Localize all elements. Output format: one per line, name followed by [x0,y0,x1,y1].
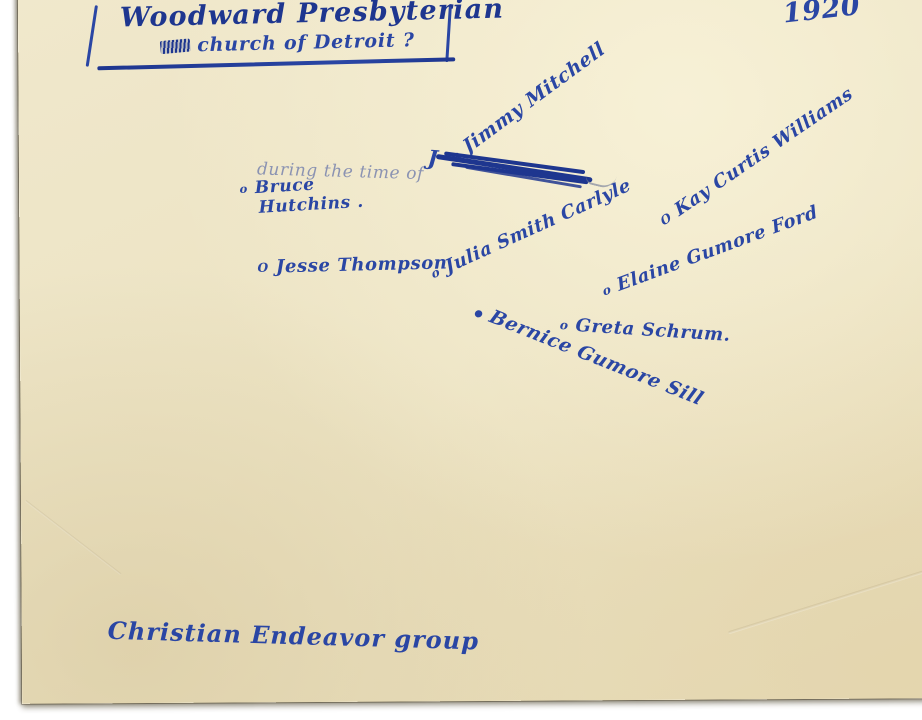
name-marker: o [239,180,248,199]
name-julia-smith-carlyle: oJulia Smith Carlyle [428,175,634,285]
name-bruce-hutchins: oBruce Hutchins . [239,173,364,219]
year-annotation: 1920 [781,0,861,30]
name-kay-curtis-williams: OKay Curtis Williams [656,83,857,231]
name-text: Jimmy Mitchell [459,38,609,158]
name-text: Julia Smith Carlyle [442,175,634,278]
name-text: Jesse Thompson [276,252,448,277]
box-left-bracket-stroke [86,5,98,67]
name-jesse-thompson: OJesse Thompson [257,252,447,277]
name-marker: o [601,282,613,299]
name-text: Greta Schrum. [575,315,731,346]
name-marker: ● [472,307,485,320]
title-line-2-text: church of Detroit ? [197,29,415,56]
paper-crease [25,500,121,575]
name-line: Hutchins . [258,193,364,218]
name-text: Elaine Gumore Ford [615,202,821,296]
name-jimmy-mitchell: oJimmy Mitchell [446,38,609,168]
photo-back-paper: Woodward Presbyterian church of Detroit … [18,0,922,704]
caption: Christian Endeavor group [107,616,479,656]
paper-crease [728,542,922,634]
title-box: Woodward Presbyterian church of Detroit … [90,0,470,74]
scribbled-word-blot [160,38,191,54]
name-marker: O [257,261,269,275]
name-elaine-gumore-ford: oElaine Gumore Ford [600,202,821,302]
name-marker: o [429,265,442,282]
title-line-2: church of Detroit ? [160,29,415,57]
box-underline-stroke [97,57,455,70]
scanner-bed: Woodward Presbyterian church of Detroit … [0,0,922,720]
name-text: Kay Curtis Williams [671,83,857,221]
name-marker: O [658,210,674,228]
scribbled-out-name: J [426,147,603,195]
name-marker: o [559,318,569,333]
